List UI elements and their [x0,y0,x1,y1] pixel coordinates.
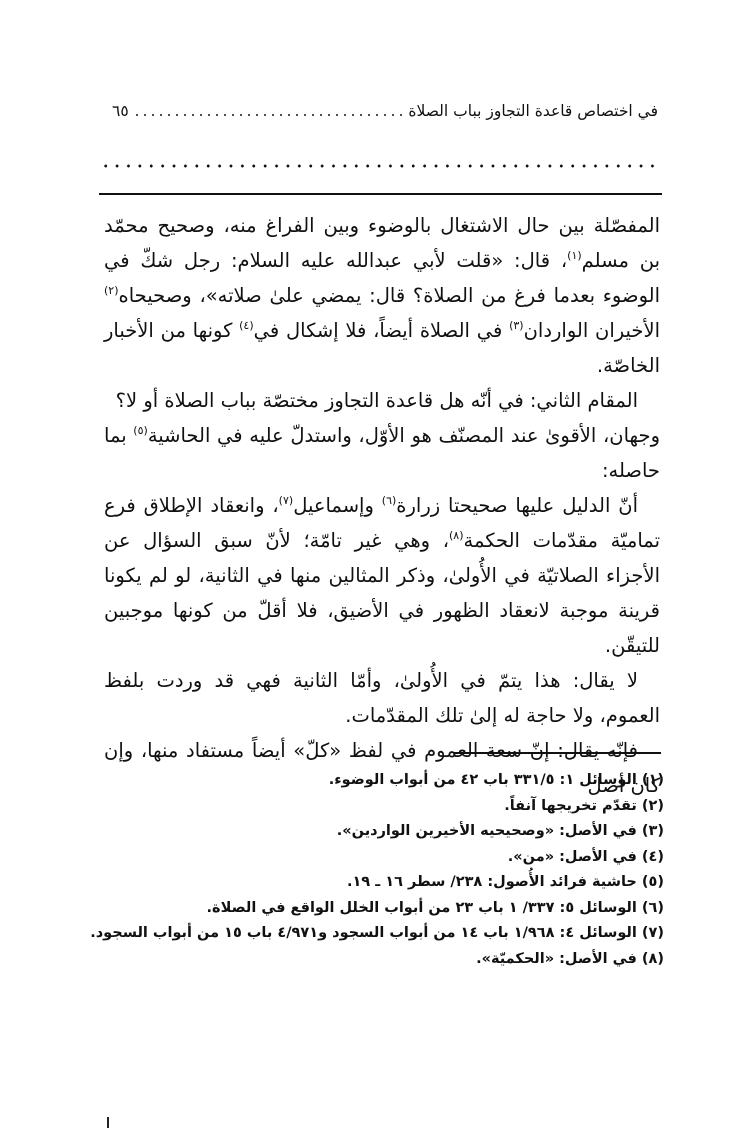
footnote-2: (٢)تقدّم تخريجها آنفاً. [120,794,664,820]
footnote-ref-5: (٥) [133,424,148,437]
footnote-number: (١) [642,772,664,788]
footnote-4: (٤)في الأصل: «من». [120,845,664,871]
footnote-ref-3: (٣) [509,319,524,332]
footnote-6: (٦)الوسائل ٥: ٣٣٧/ ١ باب ٢٣ من أبواب الخ… [120,896,664,922]
header-rule [99,193,662,195]
text-segment: وإسماعيل [293,494,382,517]
footnote-text: في الأصل: «من». [508,849,637,865]
footnote-text: الوسائل ١: ٣٣١/٥ باب ٤٢ من أبواب الوضوء. [329,772,637,788]
text-segment: الأخيران الواردان [524,319,660,342]
text-segment: وجهان، الأقوىٰ عند المصنّف هو الأوّل، وا… [148,424,660,447]
footnote-3: (٣)في الأصل: «وصحيحيه الأخيرين الواردين»… [120,819,664,845]
scan-gutter-mark [107,1117,109,1128]
footnote-number: (٢) [642,798,664,814]
text-segment: في الصلاة أيضاً، فلا إشكال في [254,319,509,342]
footnote-7: (٧)الوسائل ٤: ١/٩٦٨ باب ١٤ من أبواب السج… [120,921,664,947]
footnote-text: حاشية فرائد الأُصول: ٢٣٨/ سطر ١٦ ـ ١٩. [347,874,637,890]
footnote-number: (٨) [642,951,664,967]
running-header: في اختصاص قاعدة التجاوز بباب الصلاة ٦٥ [112,98,658,124]
footnote-number: (٤) [642,849,664,865]
paragraph-4: أنّ الدليل عليها صحيحتا زرارة(٦) وإسماعي… [104,488,660,663]
footnote-8: (٨)في الأصل: «الحكميّة». [120,947,664,973]
footnote-number: (٦) [642,900,664,916]
paragraph-5: لا يقال: هذا يتمّ في الأُولىٰ، وأمّا الث… [104,663,660,733]
footnote-ref-1: (١) [567,249,582,262]
footnote-separator [454,752,661,754]
footnote-ref-6: (٦) [382,494,397,507]
footnote-number: (٣) [642,823,664,839]
paragraph-3: وجهان، الأقوىٰ عند المصنّف هو الأوّل، وا… [104,418,660,488]
footnote-1: (١)الوسائل ١: ٣٣١/٥ باب ٤٢ من أبواب الوض… [120,768,664,794]
footnote-ref-8: (٨) [449,529,464,542]
footnote-text: تقدّم تخريجها آنفاً. [504,798,637,814]
running-header-title: في اختصاص قاعدة التجاوز بباب الصلاة [408,102,658,120]
footnote-ref-7: (٧) [279,494,294,507]
footnote-number: (٥) [642,874,664,890]
page-number: ٦٥ [112,102,129,120]
footnote-text: في الأصل: «وصحيحيه الأخيرين الواردين». [337,823,637,839]
dot-leader [133,113,405,117]
text-segment: أنّ الدليل عليها صحيحتا زرارة [396,494,638,517]
body-text: المفصّلة بين حال الاشتغال بالوضوء وبين ا… [104,208,660,803]
footnote-ref-4: (٤) [239,319,254,332]
footnote-number: (٧) [642,925,664,941]
dotted-separator [100,163,662,169]
book-page: في اختصاص قاعدة التجاوز بباب الصلاة ٦٥ ا… [0,0,730,1128]
footnote-ref-2: (٢) [104,284,119,297]
paragraph-1: المفصّلة بين حال الاشتغال بالوضوء وبين ا… [104,208,660,383]
footnote-text: في الأصل: «الحكميّة». [476,951,637,967]
footnote-5: (٥)حاشية فرائد الأُصول: ٢٣٨/ سطر ١٦ ـ ١٩… [120,870,664,896]
footnote-text: الوسائل ٥: ٣٣٧/ ١ باب ٢٣ من أبواب الخلل … [207,900,637,916]
footnotes: (١)الوسائل ١: ٣٣١/٥ باب ٤٢ من أبواب الوض… [120,768,664,972]
text-segment: المقام الثاني: في أنّه هل قاعدة التجاوز … [116,389,638,412]
footnote-text: الوسائل ٤: ١/٩٦٨ باب ١٤ من أبواب السجود … [90,925,637,941]
section-heading: المقام الثاني: في أنّه هل قاعدة التجاوز … [104,383,660,418]
text-segment: لا يقال: هذا يتمّ في الأُولىٰ، وأمّا الث… [104,669,660,727]
